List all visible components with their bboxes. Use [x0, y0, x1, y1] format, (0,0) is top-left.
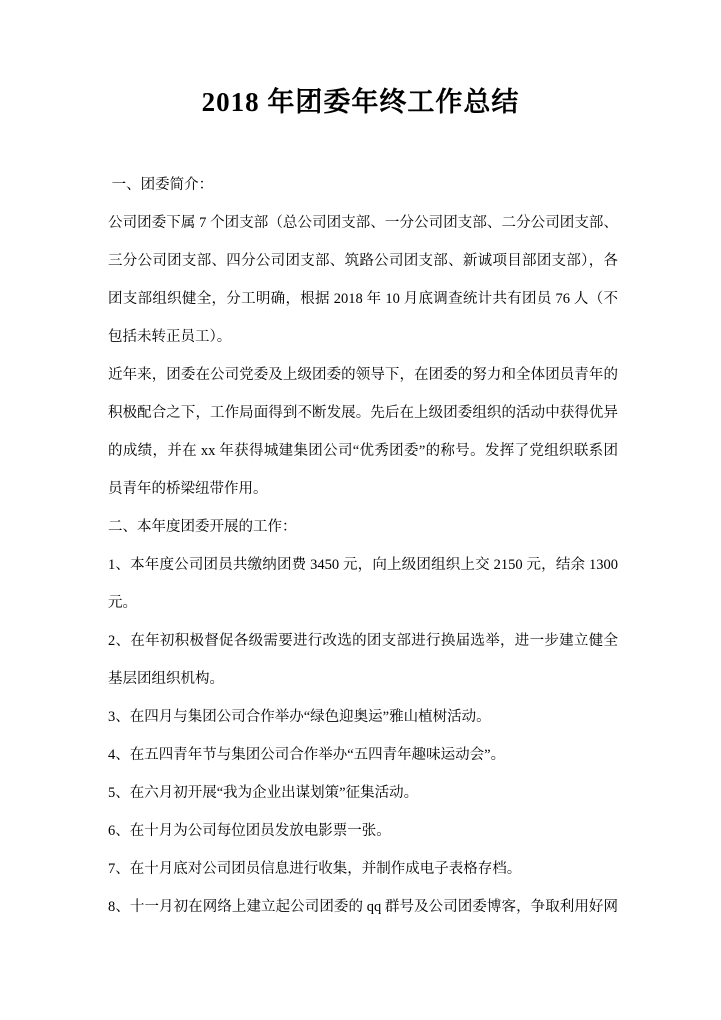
list-item-4: 4、在五四青年节与集团公司合作举办“五四青年趣味运动会”。	[108, 736, 618, 774]
section-heading-1: 一、团委简介：	[108, 166, 618, 204]
list-item-1: 1、本年度公司团员共缴纳团费 3450 元，向上级团组织上交 2150 元，结余…	[108, 546, 618, 622]
list-item-6: 6、在十月为公司每位团员发放电影票一张。	[108, 812, 618, 850]
section-heading-2: 二、本年度团委开展的工作：	[108, 508, 618, 546]
list-item-3: 3、在四月与集团公司合作举办“绿色迎奥运”雅山植树活动。	[108, 698, 618, 736]
list-item-5: 5、在六月初开展“我为企业出谋划策”征集活动。	[108, 774, 618, 812]
body-paragraph-intro: 公司团委下属 7 个团支部（总公司团支部、一分公司团支部、二分公司团支部、三分公…	[108, 204, 618, 356]
document-title: 2018 年团委年终工作总结	[0, 84, 721, 120]
document-body: 一、团委简介： 公司团委下属 7 个团支部（总公司团支部、一分公司团支部、二分公…	[108, 166, 618, 926]
list-item-7: 7、在十月底对公司团员信息进行收集，并制作成电子表格存档。	[108, 850, 618, 888]
list-item-8-truncated: 8、十一月初在网络上建立起公司团委的 qq 群号及公司团委博客，争取利用好网	[108, 888, 618, 926]
document-page: 2018 年团委年终工作总结 一、团委简介： 公司团委下属 7 个团支部（总公司…	[0, 0, 721, 1020]
body-paragraph-recent-years: 近年来，团委在公司党委及上级团委的领导下，在团委的努力和全体团员青年的积极配合之…	[108, 356, 618, 508]
list-item-2: 2、在年初积极督促各级需要进行改选的团支部进行换届选举，进一步建立健全基层团组织…	[108, 622, 618, 698]
